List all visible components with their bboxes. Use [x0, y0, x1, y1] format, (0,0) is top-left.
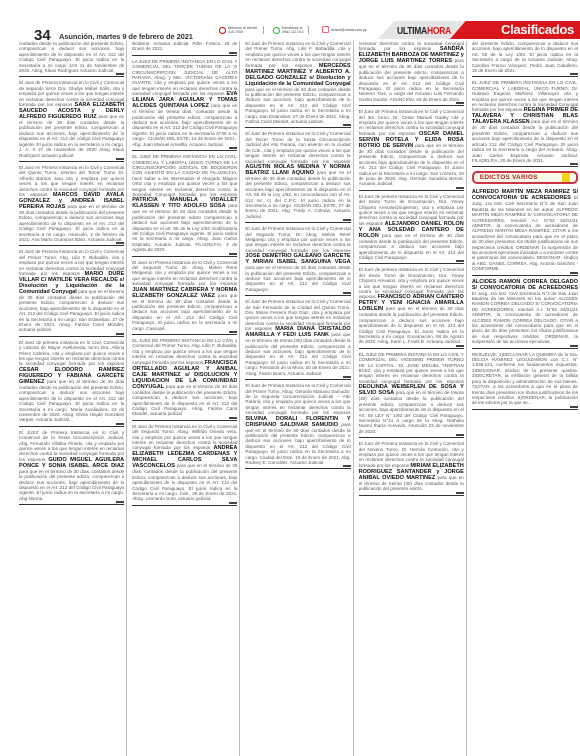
- edict-body: El Juzg. 1ra Inst. Civil Secretaría N°2 …: [472, 291, 578, 345]
- contact-phone[interactable]: Atención al cliente:415 7000: [219, 26, 264, 34]
- edict-party-names: PATRICIA MANUELA VIDALLET KLASSEN Y TITO…: [132, 197, 237, 209]
- edict-party-names: ALCIDES RAMON CORREA DELGADO S/ CONVOCAT…: [472, 279, 578, 291]
- brand-part1: ULTIMA: [397, 26, 427, 37]
- whatsapp-icon: [273, 27, 280, 34]
- edict: El Juez de primera Instancia en lo Civil…: [359, 267, 464, 348]
- contact-whatsapp[interactable]: Escribinos al0981 111 013: [273, 26, 309, 34]
- edict-body: para que en el término de 30 días contad…: [472, 119, 578, 162]
- banner-label: EDICTOS VARIOS: [480, 174, 538, 181]
- edict: El Juez de primera Instancia en lo Civil…: [359, 194, 464, 265]
- edict: El Juez de Primera Instancia en lo Civil…: [359, 109, 464, 190]
- edict-code-mark: [343, 124, 351, 126]
- edict-body: para que en el término de 30 días contad…: [245, 265, 350, 292]
- edict: El Juez de Primera Instancia en lo Civil…: [245, 41, 350, 128]
- edict-body: para que en el término de 30 días contad…: [359, 306, 464, 344]
- edict-code-mark: [570, 272, 578, 274]
- edict-intro: El Juez de Primera Instancia en lo Civil…: [245, 383, 350, 415]
- edict-code-mark: [116, 73, 124, 75]
- edict-body: contados desde la publicación del presen…: [19, 41, 124, 73]
- edict: EL JUEZ DE PRIMERA INSTANCIA EN LO CIVIL…: [359, 352, 464, 438]
- edict-party-names: SILVINA DORALI FLORENTIN Y CRISPIANO SAL…: [245, 416, 350, 428]
- edict-body: para que en el término de 30 días contad…: [132, 293, 237, 331]
- edict-code-mark: [570, 73, 578, 75]
- edict-body: para que en el término de 30 días contad…: [245, 170, 350, 219]
- section-title: Clasificados: [450, 21, 580, 39]
- edict-body: para que en el término de 30 días contad…: [245, 422, 350, 465]
- edict-body: para que en el término de treinta días, …: [132, 103, 237, 146]
- edict-code-mark: [229, 253, 237, 255]
- edict-code-mark: [229, 417, 237, 419]
- edict-code-mark: [343, 219, 351, 221]
- edict-code-mark: [456, 187, 464, 189]
- edict-intro: El Juez de primera instancia en lo Civil…: [19, 340, 124, 367]
- edict: El Juez de Primera Instancia en lo Civil…: [19, 80, 124, 161]
- edict-code-mark: [116, 242, 124, 244]
- edict: reclamar derechos contra la sociedad con…: [359, 41, 464, 106]
- page-header: 34 Asunción, martes 9 de febrero de 2021…: [0, 0, 580, 36]
- edict-code-mark: [570, 345, 578, 347]
- edict-body: para que en el término de treinta (30) d…: [245, 332, 350, 375]
- edict: ALFREDO MARTÍN MEZA RAMIREZ S/ CONVOCATO…: [472, 189, 578, 275]
- edict-code-mark: [229, 502, 237, 504]
- edict-code-mark: [116, 333, 124, 335]
- edict-body: para que en el término de 30 días contad…: [245, 87, 350, 124]
- brand-logo: ULTIMAHORA: [397, 26, 451, 37]
- edict: El Juez en Primera Instancia en lo Civil…: [19, 165, 124, 246]
- edict: El Juez de Primera Instancia en lo Civil…: [245, 299, 350, 380]
- columns: contados desde la publicación del presen…: [19, 41, 580, 756]
- brand-part2: HORA: [427, 26, 451, 37]
- edict-intro: El Juez de Primera Instancia en lo Civil…: [245, 131, 350, 163]
- edict: EL JUEZ DE PRIMERA INSTANCIA EN LO CIVIL…: [132, 338, 237, 421]
- edict: El Juez de Primera Instancia en lo Civil…: [245, 383, 350, 469]
- edict-code-mark: [570, 406, 578, 408]
- column-2: Bodenar, Actuaria Judicial. Pdte. Franco…: [132, 41, 240, 756]
- edict: El Juez de Primera Instancia en lo Civil…: [245, 131, 350, 223]
- divider: [308, 26, 309, 34]
- divider: [263, 26, 264, 34]
- edict: Bodenar, Actuaria Judicial. Pdte. Franco…: [132, 41, 237, 56]
- edict-body: para que en el término de treinta (30) d…: [359, 390, 464, 433]
- edict: RESUELVE: 1)DECLARAR LA QUIEBRA de la Sr…: [472, 352, 578, 410]
- edict-body: para que en el término de 30 días contad…: [19, 204, 124, 242]
- edict-body: RESUELVE: 1)DECLARAR LA QUIEBRA de la Sr…: [472, 352, 578, 406]
- edict: El Juez de Primera Instancia en lo Civil…: [19, 249, 124, 336]
- edict: El Juez de Primera Instancia en lo Civil…: [245, 226, 350, 296]
- edict: del presente Edicto, comparezcan a deduc…: [472, 41, 578, 77]
- edict-body: para que en el término de 30 días contad…: [19, 289, 124, 332]
- edict-body: para que en el término de 30 días contad…: [19, 114, 124, 157]
- edict-code-mark: [343, 376, 351, 378]
- section-banner-edictos-varios: EDICTOS VARIOS: [472, 171, 578, 184]
- edict-body: para que en el término de 30 días, conta…: [19, 469, 124, 501]
- edict-body: para que en el término de 30 días contad…: [359, 143, 464, 186]
- edict-code-mark: [456, 102, 464, 104]
- contact-value: 0981 111 013: [282, 30, 303, 34]
- edict-body: El Juzg. 1ra Inst. Civil Secretaría N°2 …: [472, 195, 578, 271]
- edict-code-mark: [456, 345, 464, 347]
- edict: El Juez de Primera Instancia en lo Civil…: [132, 424, 237, 506]
- contact-value: avisos@uhora.com.py: [331, 28, 367, 32]
- column-4: reclamar derechos contra la sociedad con…: [359, 41, 467, 756]
- edict-code-mark: [229, 147, 237, 149]
- document-icon: [562, 173, 570, 182]
- edict-party-names: JOSE DEMETRIO GALEANO GARCETE Y MIRIAN I…: [245, 253, 350, 265]
- edict-body: del presente Edicto, comparezcan a deduc…: [472, 41, 578, 73]
- edict-intro: EL JUEZ DE PRIMERA INSTANCIA EN LO CIVIL…: [132, 154, 237, 197]
- edict-code-mark: [456, 434, 464, 436]
- edict-body: Bodenar, Actuaria Judicial. Pdte. Franco…: [132, 41, 237, 51]
- edict-code-mark: [116, 158, 124, 160]
- edict-code-mark: [343, 465, 351, 467]
- edict: El Juez de primera instancia en lo Civil…: [19, 340, 124, 427]
- edict: EL JUEZ DE PRIMERA INSTANCIA EN LO CIVIL…: [472, 80, 578, 167]
- edict-intro: EL JUEZ DE PRIMERA INSTANCIA EN LO CIVIL…: [359, 352, 464, 384]
- contact-email[interactable]: avisos@uhora.com.py: [322, 26, 367, 33]
- edict: LA JUEZ DE PRIMERA INSTANCIA EN LO CIVIL…: [132, 59, 237, 151]
- email-icon: [322, 26, 329, 33]
- edict-body: para que en el término de 30 días, conta…: [132, 463, 237, 501]
- edict-body: para que en el término de 30 días contad…: [19, 379, 124, 422]
- page-date: Asunción, martes 9 de febrero de 2021: [59, 32, 193, 41]
- edict-intro: El Juez de Primera Instancia en lo Civil…: [245, 226, 350, 253]
- edict-code-mark: [116, 501, 124, 503]
- edict-code-mark: [570, 163, 578, 165]
- column-1: contados desde la publicación del presen…: [19, 41, 127, 756]
- column-3: El Juez de Primera Instancia en lo Civil…: [245, 41, 353, 756]
- edict-intro: El Juez en Primera Instancia en lo Civil…: [132, 260, 237, 287]
- edict-code-mark: [116, 423, 124, 425]
- contact-value: 415 7000: [228, 30, 258, 34]
- column-5: del presente Edicto, comparezcan a deduc…: [472, 41, 580, 756]
- edict-code-mark: [456, 260, 464, 262]
- edict: ALCIDES RAMON CORREA DELGADO S/ CONVOCAT…: [472, 279, 578, 349]
- edict: contados desde la publicación del presen…: [19, 41, 124, 77]
- edict-code-mark: [343, 292, 351, 294]
- edict-body: para que en el término de 30 días contad…: [132, 203, 237, 252]
- edict: El Juez en Primera Instancia en lo Civil…: [132, 260, 237, 335]
- edict-party-names: ALFREDO MARTÍN MEZA RAMIREZ S/ CONVOCATO…: [472, 189, 578, 201]
- edict-code-mark: [229, 331, 237, 333]
- edict: EL JUEZ DE PRIMERA INSTANCIA EN LO CIVIL…: [132, 154, 237, 257]
- edict: El Juez de Primera Instancia en lo Civil…: [359, 441, 464, 495]
- edict-body: para que en el término de 30 días contad…: [359, 58, 464, 101]
- edict-intro: LA JUEZ DE PRIMERA INSTANCIA EN LO CIVIL…: [132, 59, 237, 96]
- phone-icon: [219, 27, 226, 34]
- edict: El JUEZ de Primera Instancia en lo Civil…: [19, 430, 124, 505]
- edict-code-mark: [229, 52, 237, 54]
- edict-code-mark: [456, 492, 464, 494]
